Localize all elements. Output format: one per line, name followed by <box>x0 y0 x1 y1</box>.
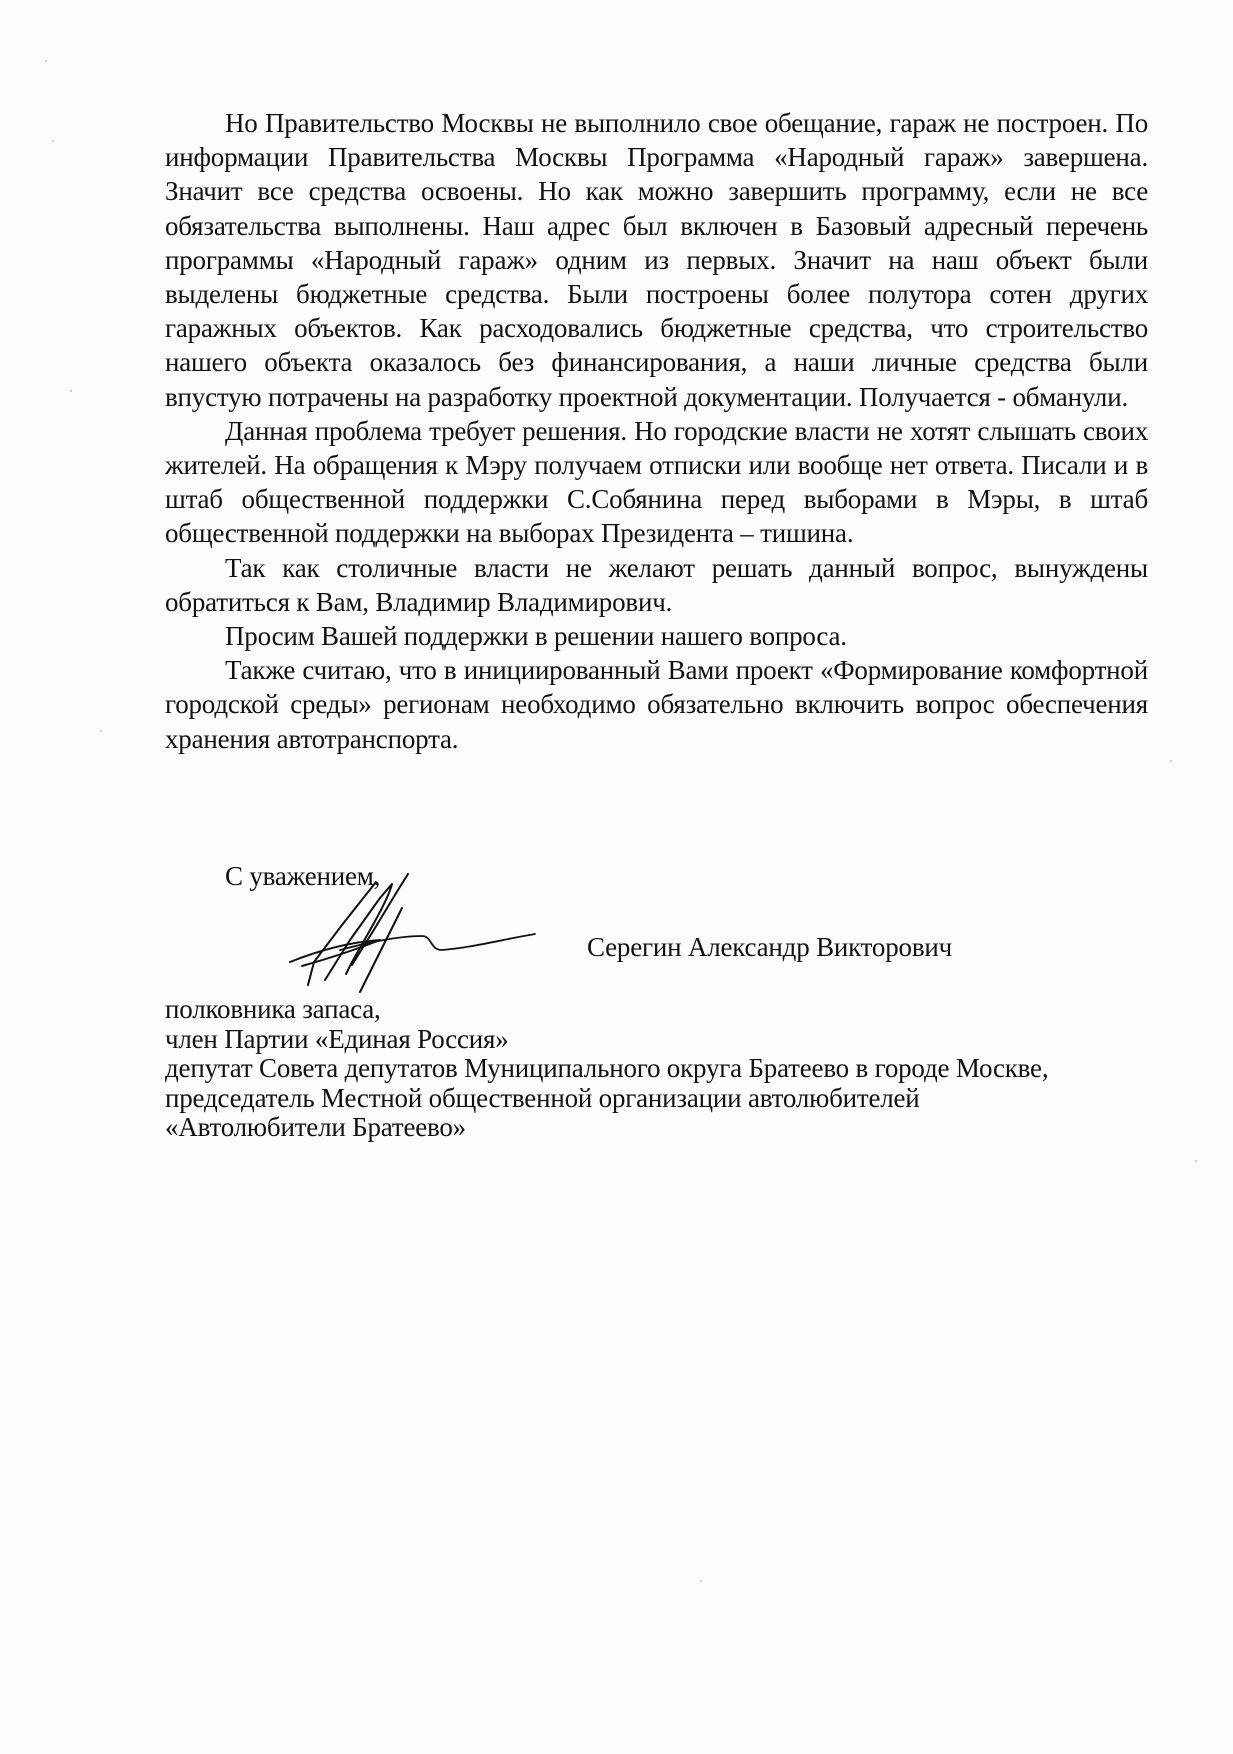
scan-speck <box>45 60 47 62</box>
signer-title-line: депутат Совета депутатов Муниципального … <box>165 1054 1048 1084</box>
signature-icon <box>280 870 540 995</box>
paragraph: Данная проблема требует решения. Но горо… <box>165 414 1148 551</box>
scan-speck <box>1170 760 1172 762</box>
paragraph: Также считаю, что в инициированный Вами … <box>165 653 1148 756</box>
scan-speck <box>70 390 72 392</box>
scan-speck <box>700 1580 702 1582</box>
scan-speck <box>1195 1160 1197 1162</box>
signer-title-line: полковника запаса, <box>165 995 1048 1025</box>
paragraph: Но Правительство Москвы не выполнило сво… <box>165 106 1148 414</box>
signer-title-line: председатель Местной общественной органи… <box>165 1084 1048 1114</box>
document-page: Но Правительство Москвы не выполнило сво… <box>0 0 1233 1754</box>
scan-speck <box>100 730 102 732</box>
signer-title-line: «Автолюбители Братеево» <box>165 1113 1048 1143</box>
signer-titles: полковника запаса, член Партии «Единая Р… <box>165 995 1048 1143</box>
signer-name: Серегин Александр Викторович <box>587 930 952 964</box>
signer-title-line: член Партии «Единая Россия» <box>165 1025 1048 1055</box>
paragraph: Просим Вашей поддержки в решении нашего … <box>165 619 1148 653</box>
scan-speck <box>52 140 54 142</box>
letter-body: Но Правительство Москвы не выполнило сво… <box>165 106 1148 756</box>
paragraph: Так как столичные власти не желают решат… <box>165 551 1148 619</box>
